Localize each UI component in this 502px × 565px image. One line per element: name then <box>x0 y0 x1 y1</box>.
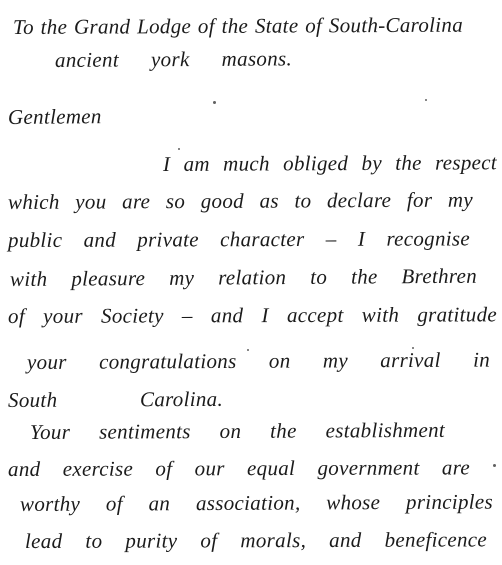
ink-speck <box>425 99 427 101</box>
body-line: South Carolina. <box>8 386 223 413</box>
address-line-1: To the Grand Lodge of the State of South… <box>13 12 463 40</box>
ink-speck <box>178 148 180 150</box>
body-line: which you are so good as to declare for … <box>8 187 473 215</box>
ink-speck <box>493 464 496 467</box>
body-line: I am much obliged by the respect <box>163 149 497 177</box>
body-line: worthy of an association, whose principl… <box>20 489 493 517</box>
body-line: lead to purity of morals, and beneficenc… <box>25 526 487 554</box>
letter-page: To the Grand Lodge of the State of South… <box>0 0 502 565</box>
ink-speck <box>213 101 216 104</box>
body-line: your congratulations on my arrival in <box>27 347 490 375</box>
ink-speck <box>247 349 249 351</box>
body-line: of your Society – and I accept with grat… <box>8 301 497 329</box>
body-line: and exercise of our equal government are <box>8 454 470 482</box>
ink-speck <box>412 347 414 349</box>
body-line: with pleasure my relation to the Brethre… <box>10 263 477 292</box>
body-line: Your sentiments on the establishment <box>30 417 445 445</box>
salutation: Gentlemen <box>8 103 102 130</box>
address-line-2: ancient york masons. <box>55 45 292 73</box>
body-line: public and private character – I recogni… <box>8 225 470 253</box>
